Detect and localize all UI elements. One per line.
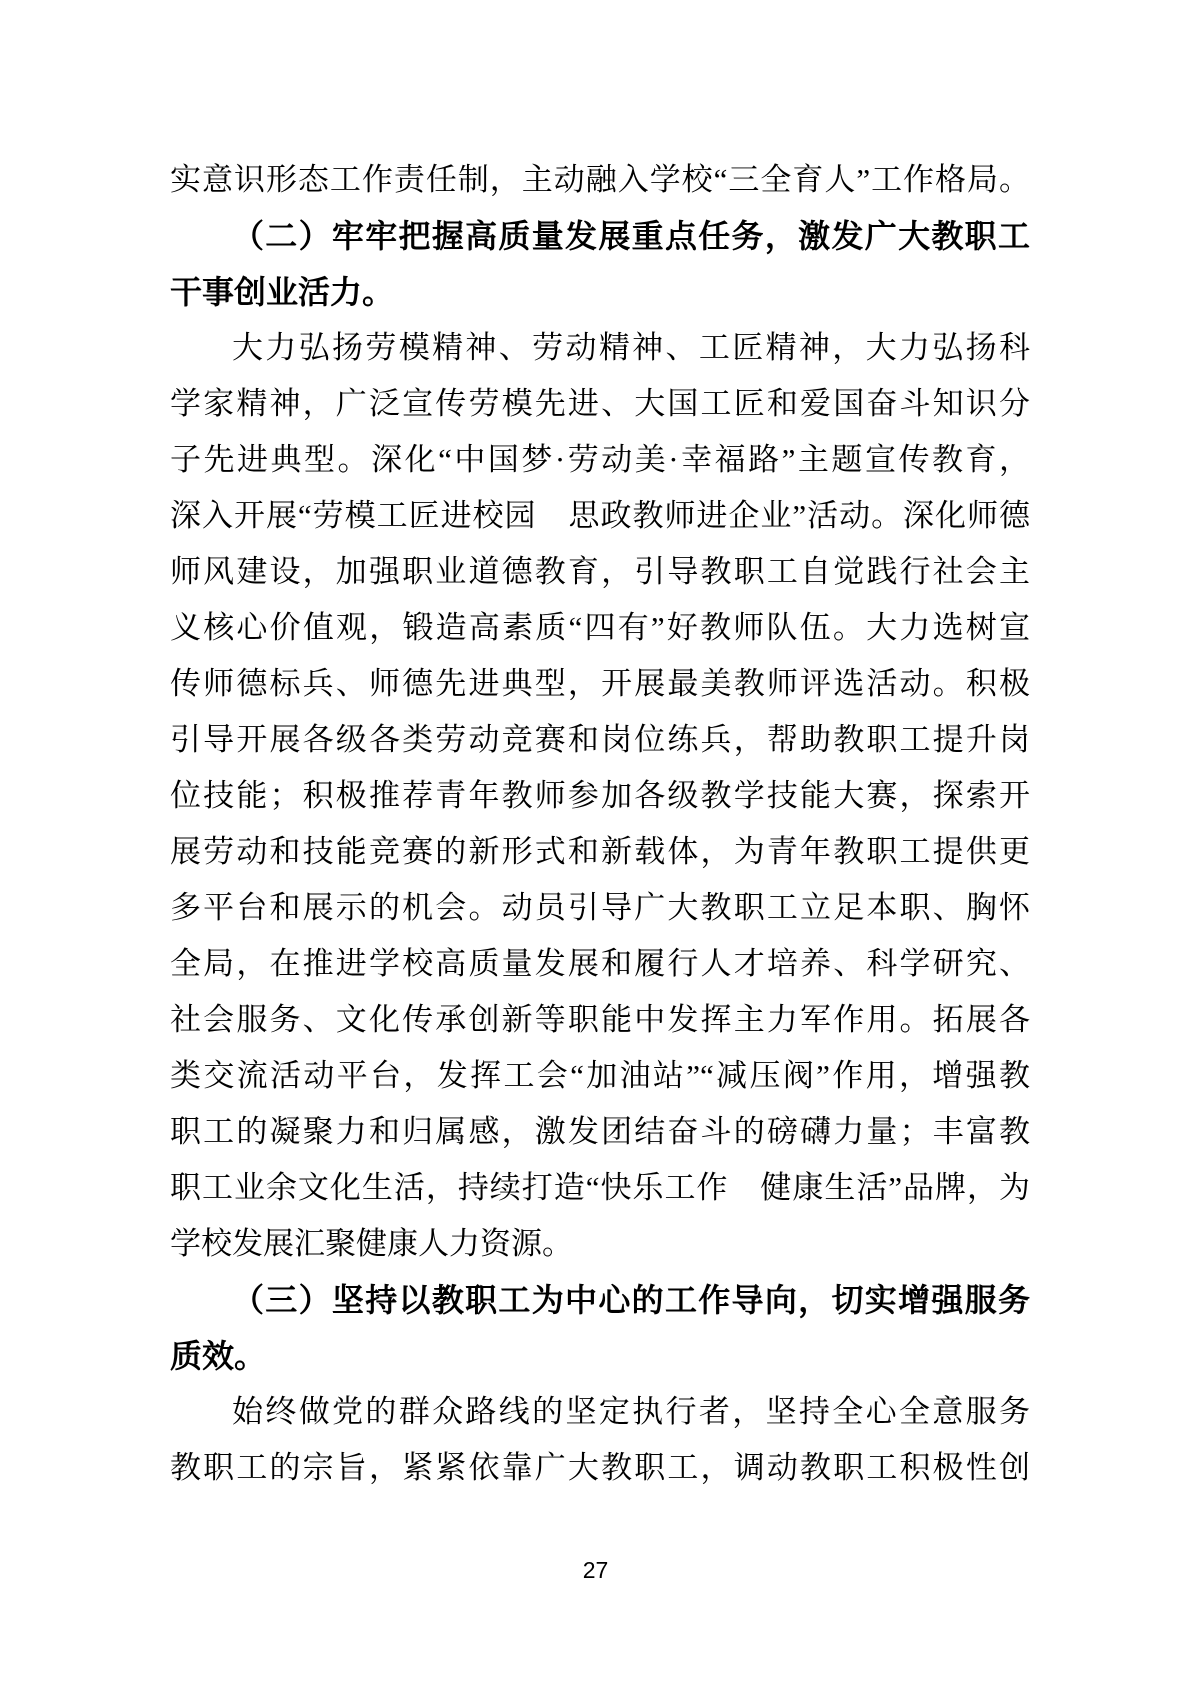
text-line: 职工的凝聚力和归属感，激发团结奋斗的磅礴力量；丰富教: [170, 1104, 1030, 1160]
section-heading-3-cont: 质效。: [170, 1328, 1030, 1384]
text-line: 类交流活动平台，发挥工会“加油站”“减压阀”作用，增强教: [170, 1048, 1030, 1104]
text-line: 深入开展“劳模工匠进校园 思政教师进企业”活动。深化师德: [170, 488, 1030, 544]
document-body: 实意识形态工作责任制，主动融入学校“三全育人”工作格局。 （二）牢牢把握高质量发…: [170, 152, 1030, 1496]
text-line: 教职工的宗旨，紧紧依靠广大教职工，调动教职工积极性创: [170, 1440, 1030, 1496]
text-line: 义核心价值观，锻造高素质“四有”好教师队伍。大力选树宣: [170, 600, 1030, 656]
text-line: 大力弘扬劳模精神、劳动精神、工匠精神，大力弘扬科: [170, 320, 1030, 376]
text-line: 师风建设，加强职业道德教育，引导教职工自觉践行社会主: [170, 544, 1030, 600]
page-number: 27: [0, 1556, 1191, 1584]
document-page: 实意识形态工作责任制，主动融入学校“三全育人”工作格局。 （二）牢牢把握高质量发…: [0, 0, 1191, 1684]
text-line: 学家精神，广泛宣传劳模先进、大国工匠和爱国奋斗知识分: [170, 376, 1030, 432]
text-line: 始终做党的群众路线的坚定执行者，坚持全心全意服务: [170, 1384, 1030, 1440]
text-line: 传师德标兵、师德先进典型，开展最美教师评选活动。积极: [170, 656, 1030, 712]
text-line: 多平台和展示的机会。动员引导广大教职工立足本职、胸怀: [170, 880, 1030, 936]
text-line: 子先进典型。深化“中国梦·劳动美·幸福路”主题宣传教育，: [170, 432, 1030, 488]
text-line: 实意识形态工作责任制，主动融入学校“三全育人”工作格局。: [170, 152, 1030, 208]
section-heading-2: （二）牢牢把握高质量发展重点任务，激发广大教职工: [170, 208, 1030, 264]
text-line: 引导开展各级各类劳动竞赛和岗位练兵，帮助教职工提升岗: [170, 712, 1030, 768]
text-line: 全局，在推进学校高质量发展和履行人才培养、科学研究、: [170, 936, 1030, 992]
text-line: 社会服务、文化传承创新等职能中发挥主力军作用。拓展各: [170, 992, 1030, 1048]
text-line: 展劳动和技能竞赛的新形式和新载体，为青年教职工提供更: [170, 824, 1030, 880]
section-heading-2-cont: 干事创业活力。: [170, 264, 1030, 320]
section-heading-3: （三）坚持以教职工为中心的工作导向，切实增强服务: [170, 1272, 1030, 1328]
text-line: 职工业余文化生活，持续打造“快乐工作 健康生活”品牌，为: [170, 1160, 1030, 1216]
text-line: 学校发展汇聚健康人力资源。: [170, 1216, 1030, 1272]
text-line: 位技能；积极推荐青年教师参加各级教学技能大赛，探索开: [170, 768, 1030, 824]
